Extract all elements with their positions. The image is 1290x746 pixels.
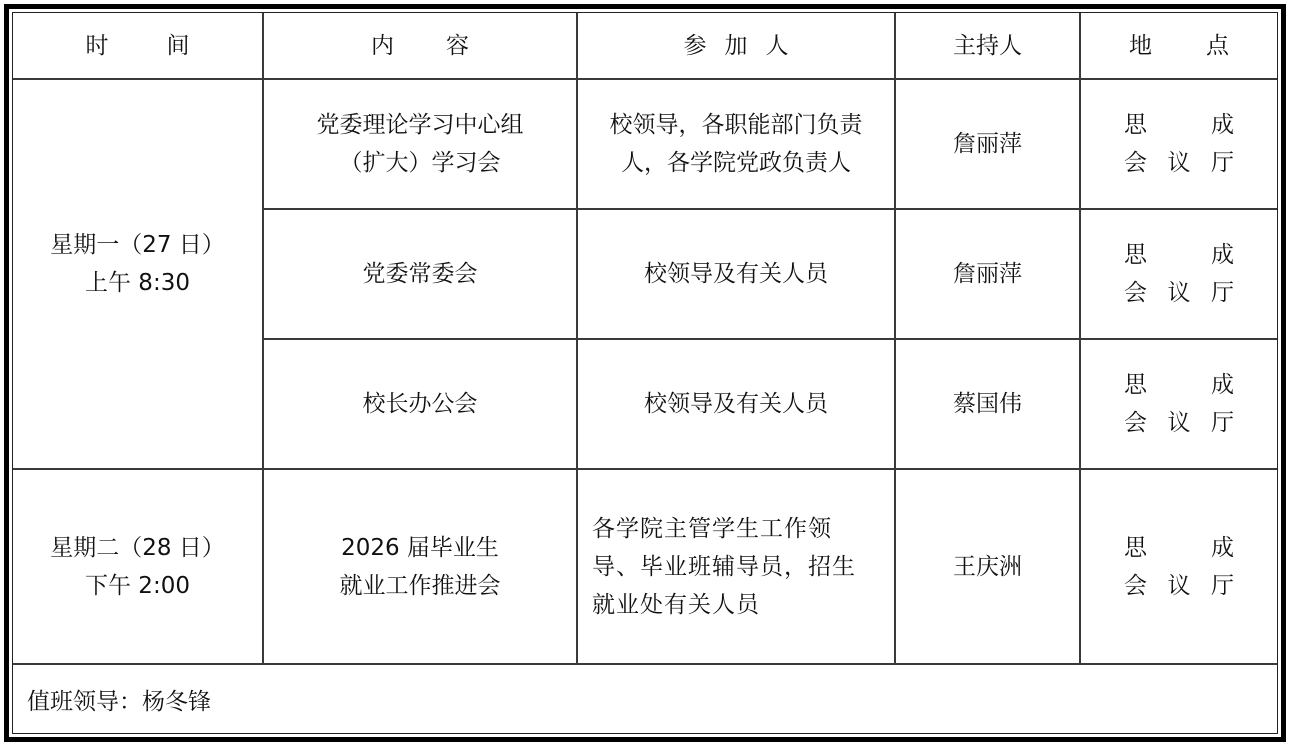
location-char: 思 xyxy=(1124,529,1147,567)
attendees-line: 人，各学院党政负责人 xyxy=(621,144,851,182)
header-location-char: 地 xyxy=(1129,27,1152,65)
host-name: 蔡国伟 xyxy=(953,385,1022,423)
attendees-line: 校领导及有关人员 xyxy=(644,385,828,423)
header-location: 地 点 xyxy=(1081,13,1277,78)
host-name: 詹丽萍 xyxy=(953,255,1022,293)
table-grid: 时 间 内 容 参 加 人 主持人 地 点 xyxy=(13,13,1277,733)
header-host-label: 主持人 xyxy=(953,27,1022,65)
meeting-title-line: 党委常委会 xyxy=(363,255,478,293)
attendees-cell: 校领导，各职能部门负责 人，各学院党政负责人 xyxy=(578,80,894,208)
meeting-title-line: 校长办公会 xyxy=(363,385,478,423)
content-cell: 党委理论学习中心组 （扩大）学习会 xyxy=(264,80,576,208)
location-char: 议 xyxy=(1168,274,1191,312)
schedule-table: 时 间 内 容 参 加 人 主持人 地 点 xyxy=(12,12,1278,734)
attendees-cell: 各学院主管学生工作领 导、毕业班辅导员，招生 就业处有关人员 xyxy=(578,470,894,663)
location-char: 思 xyxy=(1124,106,1147,144)
location-cell: 思成 会议厅 xyxy=(1081,340,1277,468)
content-cell: 2026 届毕业生 就业工作推进会 xyxy=(264,470,576,663)
header-time-char: 时 xyxy=(86,27,109,65)
time-hour: 下午 2:00 xyxy=(85,567,190,605)
location-char: 成 xyxy=(1211,366,1234,404)
location-char: 成 xyxy=(1211,529,1234,567)
header-attendees-char: 参 xyxy=(684,27,707,65)
location-char: 议 xyxy=(1168,404,1191,442)
host-cell: 蔡国伟 xyxy=(896,340,1079,468)
location-char: 成 xyxy=(1211,236,1234,274)
content-cell: 党委常委会 xyxy=(264,210,576,338)
location-char: 思 xyxy=(1124,236,1147,274)
attendees-line: 导、毕业班辅导员，招生 xyxy=(592,548,856,586)
location-char: 成 xyxy=(1211,106,1234,144)
meeting-title-line: 2026 届毕业生 xyxy=(341,529,499,567)
time-day: 星期二（28 日） xyxy=(50,529,225,567)
location-char: 厅 xyxy=(1211,144,1234,182)
header-time: 时 间 xyxy=(13,13,262,78)
time-cell-tuesday: 星期二（28 日） 下午 2:00 xyxy=(13,470,262,663)
host-cell: 王庆洲 xyxy=(896,470,1079,663)
location-char: 厅 xyxy=(1211,404,1234,442)
time-hour: 上午 8:30 xyxy=(85,264,190,302)
duty-leader-row: 值班领导： 杨冬锋 xyxy=(13,665,1277,733)
location-cell: 思成 会议厅 xyxy=(1081,470,1277,663)
host-name: 王庆洲 xyxy=(953,548,1022,586)
location-char: 会 xyxy=(1124,274,1147,312)
duty-leader-name: 杨冬锋 xyxy=(142,683,211,716)
header-content-char: 内 xyxy=(371,27,394,65)
header-time-char: 间 xyxy=(167,27,190,65)
meeting-title-line: 就业工作推进会 xyxy=(340,567,501,605)
time-day: 星期一（27 日） xyxy=(50,226,225,264)
header-attendees-char: 加 xyxy=(725,27,748,65)
header-location-char: 点 xyxy=(1206,27,1229,65)
attendees-cell: 校领导及有关人员 xyxy=(578,340,894,468)
header-attendees-char: 人 xyxy=(766,27,789,65)
duty-leader-label: 值班领导： xyxy=(27,683,142,716)
location-char: 会 xyxy=(1124,567,1147,605)
location-char: 厅 xyxy=(1211,567,1234,605)
time-cell-monday: 星期一（27 日） 上午 8:30 xyxy=(13,80,262,468)
location-char: 会 xyxy=(1124,144,1147,182)
header-host: 主持人 xyxy=(896,13,1079,78)
location-cell: 思成 会议厅 xyxy=(1081,210,1277,338)
attendees-line: 校领导及有关人员 xyxy=(644,255,828,293)
attendees-cell: 校领导及有关人员 xyxy=(578,210,894,338)
attendees-line: 各学院主管学生工作领 xyxy=(592,510,832,548)
host-name: 詹丽萍 xyxy=(953,125,1022,163)
meeting-title-line: 党委理论学习中心组 xyxy=(317,106,524,144)
location-char: 厅 xyxy=(1211,274,1234,312)
host-cell: 詹丽萍 xyxy=(896,210,1079,338)
schedule-table-frame: 时 间 内 容 参 加 人 主持人 地 点 xyxy=(4,4,1286,742)
location-char: 会 xyxy=(1124,404,1147,442)
location-char: 思 xyxy=(1124,366,1147,404)
attendees-line: 校领导，各职能部门负责 xyxy=(610,106,863,144)
header-attendees: 参 加 人 xyxy=(578,13,894,78)
header-content-char: 容 xyxy=(446,27,469,65)
location-char: 议 xyxy=(1168,144,1191,182)
location-char: 议 xyxy=(1168,567,1191,605)
header-content: 内 容 xyxy=(264,13,576,78)
content-cell: 校长办公会 xyxy=(264,340,576,468)
attendees-line: 就业处有关人员 xyxy=(592,586,760,624)
location-cell: 思成 会议厅 xyxy=(1081,80,1277,208)
meeting-title-line: （扩大）学习会 xyxy=(340,144,501,182)
host-cell: 詹丽萍 xyxy=(896,80,1079,208)
